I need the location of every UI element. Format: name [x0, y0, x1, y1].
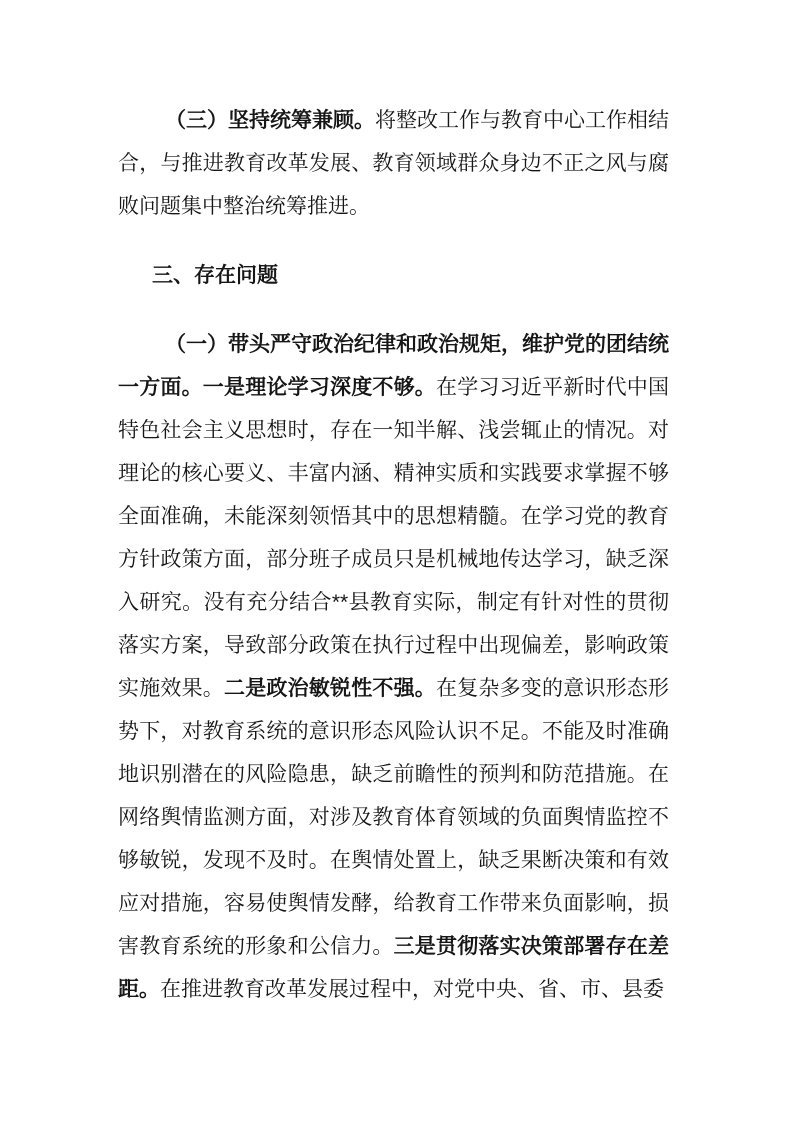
paragraph: （一）带头严守政治纪律和政治规矩，维护党的团结统一方面。一是理论学习深度不够。在… — [118, 323, 669, 1011]
paragraph: （三）坚持统筹兼顾。将整改工作与教育中心工作相结合，与推进教育改革发展、教育领域… — [118, 99, 669, 228]
text-segment-bold: （三）坚持统筹兼顾。 — [165, 109, 375, 132]
document-page: （三）坚持统筹兼顾。将整改工作与教育中心工作相结合，与推进教育改革发展、教育领域… — [0, 0, 793, 1122]
text-segment-bold: 三、存在问题 — [152, 264, 278, 287]
section-heading: 三、存在问题 — [118, 254, 669, 297]
text-segment: 在推进教育改革发展过程中，对党中央、省、市、县委 — [160, 978, 664, 1001]
document-body: （三）坚持统筹兼顾。将整改工作与教育中心工作相结合，与推进教育改革发展、教育领域… — [118, 99, 669, 1011]
text-segment: 在学习习近平新时代中国特色社会主义思想时，存在一知半解、浅尝辄止的情况。对理论的… — [118, 376, 669, 700]
text-segment: 在复杂多变的意识形态形势下，对教育系统的意识形态风险认识不足。不能及时准确地识别… — [118, 677, 669, 958]
text-segment-bold: 二是政治敏锐性不强。 — [224, 677, 436, 700]
